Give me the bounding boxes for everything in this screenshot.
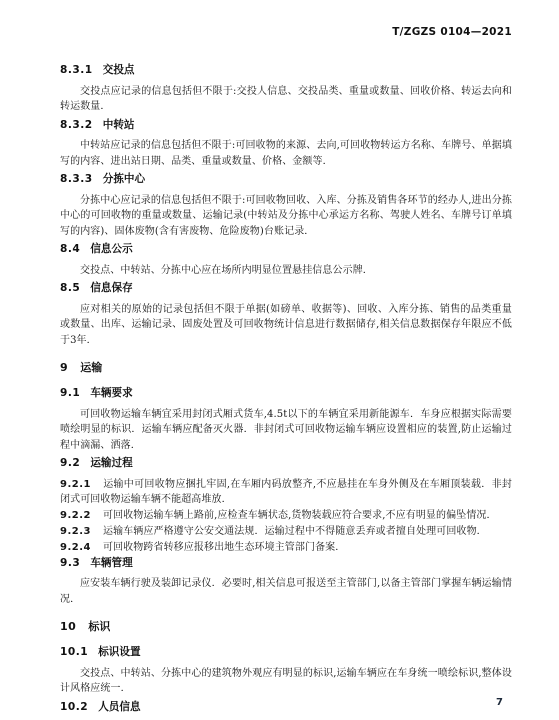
clause-title: 中转站 bbox=[103, 119, 135, 131]
clause-number: 8.4 bbox=[60, 243, 80, 255]
chapter-number: 10 bbox=[60, 620, 76, 633]
clause-title: 信息保存 bbox=[90, 282, 132, 294]
body-paragraph: 分拣中心应记录的信息包括但不限于:可回收物回收、入库、分拣及销售各环节的经办人,… bbox=[60, 193, 512, 240]
paragraph-text: 应安装车辆行驶及装卸记录仪．必要时,相关信息可报送至主管部门,以备主管部门掌握车… bbox=[60, 578, 512, 605]
chapter-heading: 10标识 bbox=[60, 619, 512, 635]
body-paragraph: 交投点、中转站、分拣中心应在场所内明显位置悬挂信息公示牌． bbox=[60, 263, 512, 279]
clause-heading: 9.3车辆管理 bbox=[60, 556, 512, 572]
clause-heading: 9.2运输过程 bbox=[60, 456, 512, 472]
clause-heading: 8.3.3分拣中心 bbox=[60, 172, 512, 188]
standard-number: T/ZGZS 0104—2021 bbox=[392, 26, 512, 38]
clause-heading: 8.3.2中转站 bbox=[60, 118, 512, 134]
chapter-number: 9 bbox=[60, 361, 68, 374]
body-paragraph: 交投点、中转站、分拣中心的建筑物外观应有明显的标识,运输车辆应在车身统一喷绘标识… bbox=[60, 666, 512, 697]
clause-text: 运输车辆应严格遵守公安交通法规．运输过程中不得随意丢弃或者擅自处理可回收物． bbox=[103, 526, 487, 537]
body-paragraph: 交投点应记录的信息包括但不限于:交投人信息、交投品类、重量或数量、回收价格、转运… bbox=[60, 84, 512, 115]
clause-number: 9.2 bbox=[60, 457, 80, 469]
clause-number: 8.3.1 bbox=[60, 64, 93, 76]
clause-title: 运输过程 bbox=[90, 457, 132, 469]
clause-heading: 8.5信息保存 bbox=[60, 281, 512, 297]
paragraph-text: 应对相关的原始的记录包括但不限于单据(如磅单、收据等)、回收、入库分拣、销售的品… bbox=[60, 304, 512, 346]
paragraph-text: 交投点、中转站、分拣中心的建筑物外观应有明显的标识,运输车辆应在车身统一喷绘标识… bbox=[60, 668, 512, 695]
clause-text: 可回收物运输车辆上路前,应检查车辆状态,货物装载应符合要求,不应有明显的偏坠情况… bbox=[103, 510, 497, 521]
numbered-clause: 9.2.4可回收物跨省转移应报移出地生态环境主管部门备案． bbox=[60, 540, 512, 555]
numbered-clause: 9.2.1运输中可回收物应捆扎牢固,在车厢内码放整齐,不应悬挂在车身外侧及在车厢… bbox=[60, 477, 512, 507]
chapter-title: 运输 bbox=[80, 361, 102, 374]
clause-number: 9.2.4 bbox=[60, 542, 91, 553]
paragraph-text: 交投点应记录的信息包括但不限于:交投人信息、交投品类、重量或数量、回收价格、转运… bbox=[60, 86, 512, 113]
page-footer: 7 bbox=[496, 697, 503, 708]
clause-heading: 8.3.1交投点 bbox=[60, 63, 512, 79]
clause-heading: 10.2人员信息 bbox=[60, 700, 512, 716]
body-paragraph: 可回收物运输车辆宜采用封闭式厢式货车,4.5t以下的车辆宜采用新能源车．车身应根… bbox=[60, 407, 512, 454]
paragraph-text: 中转站应记录的信息包括但不限于:可回收物的来源、去向,可回收物转运方名称、车牌号… bbox=[60, 140, 512, 167]
document-body: 8.3.1交投点交投点应记录的信息包括但不限于:交投人信息、交投品类、重量或数量… bbox=[60, 63, 512, 715]
clause-number: 8.3.3 bbox=[60, 173, 93, 185]
numbered-clause: 9.2.2可回收物运输车辆上路前,应检查车辆状态,货物装载应符合要求,不应有明显… bbox=[60, 508, 512, 523]
clause-title: 人员信息 bbox=[98, 701, 140, 713]
clause-title: 车辆管理 bbox=[90, 557, 132, 569]
page-number: 7 bbox=[496, 697, 503, 708]
clause-number: 9.3 bbox=[60, 557, 80, 569]
clause-text: 运输中可回收物应捆扎牢固,在车厢内码放整齐,不应悬挂在车身外侧及在车厢顶装载．非… bbox=[60, 479, 512, 505]
body-paragraph: 应对相关的原始的记录包括但不限于单据(如磅单、收据等)、回收、入库分拣、销售的品… bbox=[60, 302, 512, 349]
clause-number: 9.2.3 bbox=[60, 526, 91, 537]
clause-number: 8.5 bbox=[60, 282, 80, 294]
clause-number: 9.1 bbox=[60, 387, 80, 399]
paragraph-text: 分拣中心应记录的信息包括但不限于:可回收物回收、入库、分拣及销售各环节的经办人,… bbox=[60, 195, 512, 237]
clause-heading: 10.1标识设置 bbox=[60, 645, 512, 661]
standard-document-page: T/ZGZS 0104—2021 8.3.1交投点交投点应记录的信息包括但不限于… bbox=[0, 0, 559, 720]
clause-title: 信息公示 bbox=[90, 243, 132, 255]
chapter-title: 标识 bbox=[88, 620, 110, 633]
clause-title: 标识设置 bbox=[98, 646, 140, 658]
clause-title: 车辆要求 bbox=[90, 387, 132, 399]
paragraph-text: 可回收物运输车辆宜采用封闭式厢式货车,4.5t以下的车辆宜采用新能源车．车身应根… bbox=[60, 409, 512, 451]
chapter-heading: 9运输 bbox=[60, 360, 512, 376]
clause-heading: 9.1车辆要求 bbox=[60, 386, 512, 402]
clause-number: 9.2.2 bbox=[60, 510, 91, 521]
clause-number: 8.3.2 bbox=[60, 119, 93, 131]
page-header: T/ZGZS 0104—2021 bbox=[60, 26, 512, 39]
clause-number: 10.1 bbox=[60, 646, 88, 658]
clause-text: 可回收物跨省转移应报移出地生态环境主管部门备案． bbox=[103, 542, 345, 553]
clause-heading: 8.4信息公示 bbox=[60, 242, 512, 258]
clause-number: 10.2 bbox=[60, 701, 88, 713]
clause-title: 分拣中心 bbox=[103, 173, 145, 185]
body-paragraph: 应安装车辆行驶及装卸记录仪．必要时,相关信息可报送至主管部门,以备主管部门掌握车… bbox=[60, 576, 512, 607]
paragraph-text: 交投点、中转站、分拣中心应在场所内明显位置悬挂信息公示牌． bbox=[80, 265, 373, 276]
body-paragraph: 中转站应记录的信息包括但不限于:可回收物的来源、去向,可回收物转运方名称、车牌号… bbox=[60, 138, 512, 169]
numbered-clause: 9.2.3运输车辆应严格遵守公安交通法规．运输过程中不得随意丢弃或者擅自处理可回… bbox=[60, 524, 512, 539]
clause-number: 9.2.1 bbox=[60, 479, 91, 490]
clause-title: 交投点 bbox=[103, 64, 135, 76]
